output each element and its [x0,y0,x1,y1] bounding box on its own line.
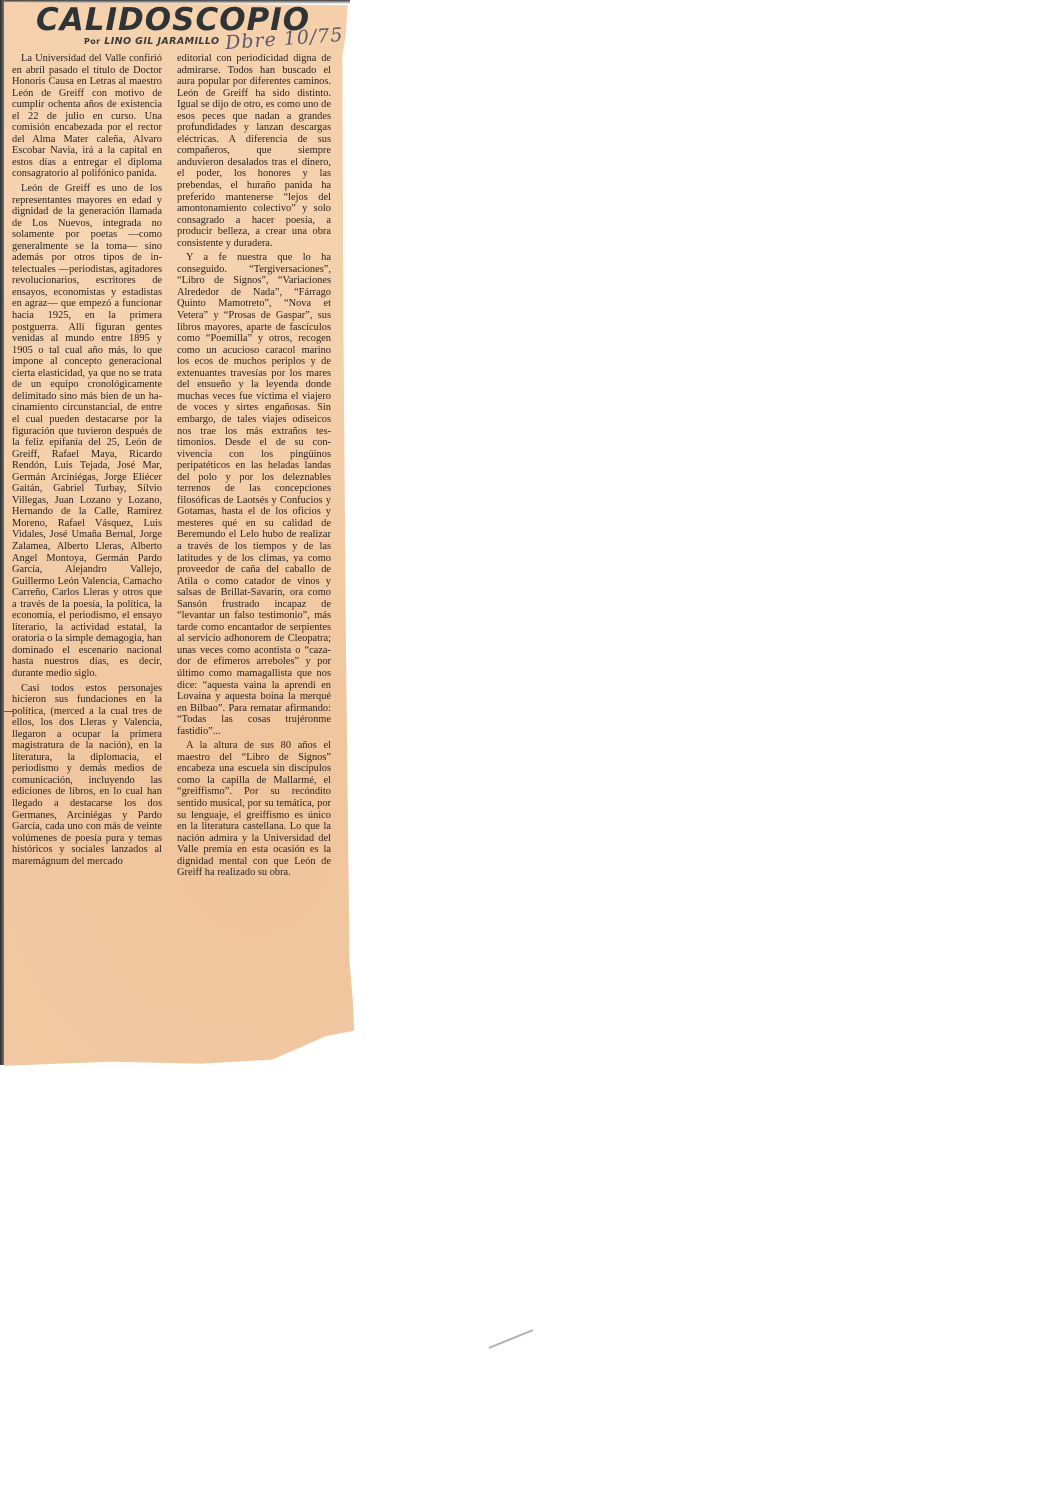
paragraph-continuation: editorial con periodicidad digna de admi… [177,53,331,249]
pencil-mark [488,1329,533,1349]
byline-author: LINO GIL JARAMILLO [104,36,219,47]
paragraph: La Universidad del Valle confirió en abr… [12,53,162,180]
paragraph: A la altura de sus 80 años el maestro de… [177,740,331,879]
byline: Por LINO GIL JARAMILLO [84,36,219,47]
article-column-right: editorial con periodicidad digna de admi… [177,53,331,882]
paragraph: Casi todos estos personajes hicieron sus… [12,683,162,868]
article-column-left: La Universidad del Valle confirió en abr… [12,53,162,870]
paragraph: Y a fe nuestra que lo ha conseguido. “Te… [177,252,331,737]
byline-prefix: Por [84,37,101,46]
paragraph: León de Greiff es uno de los representan… [12,183,162,680]
